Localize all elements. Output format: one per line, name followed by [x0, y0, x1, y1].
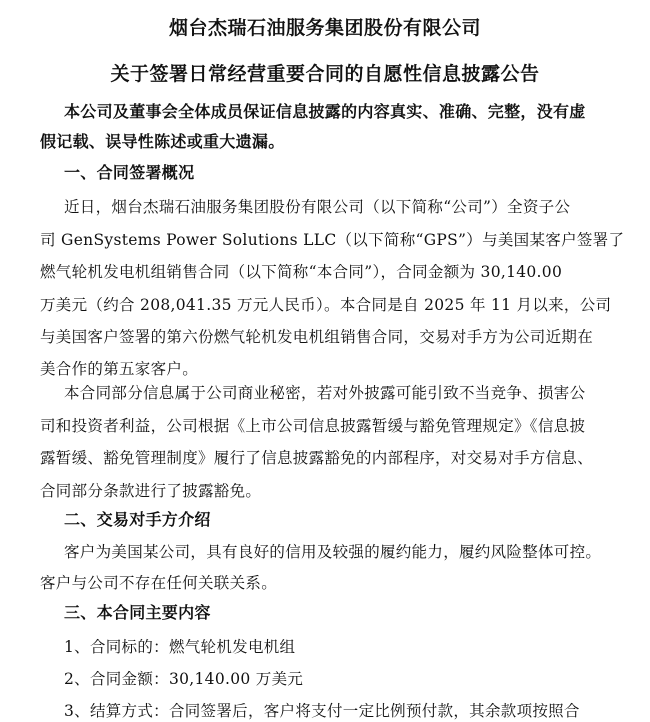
section-1-para-1-line: 万美元（约合 208,041.35 万元人民币）。本合同是自 2025 年 11…: [40, 295, 612, 315]
section-1-heading: 一、合同签署概况: [64, 163, 636, 183]
section-1-para-1-line: 近日，烟台杰瑞石油服务集团股份有限公司（以下简称“公司”）全资子公: [64, 197, 636, 217]
statement-line-2: 假记载、误导性陈述或重大遗漏。: [40, 132, 612, 152]
section-3-item: 1、合同标的：燃气轮机发电机组: [64, 637, 636, 657]
announcement-title: 关于签署日常经营重要合同的自愿性信息披露公告: [0, 59, 650, 86]
company-title: 烟台杰瑞石油服务集团股份有限公司: [0, 13, 650, 40]
section-2-para-line: 客户为美国某公司，具有良好的信用及较强的履约能力，履约风险整体可控。: [64, 542, 636, 562]
section-3-item: 2、合同金额：30,140.00 万美元: [64, 669, 636, 689]
statement-line-1: 本公司及董事会全体成员保证信息披露的内容真实、准确、完整，没有虚: [64, 102, 636, 122]
section-1-para-1-line: 燃气轮机发电机组销售合同（以下简称“本合同”），合同金额为 30,140.00: [40, 262, 612, 282]
section-1-para-1-line: 美合作的第五家客户。: [40, 359, 612, 379]
section-1-para-1-line: 与美国客户签署的第六份燃气轮机发电机组销售合同，交易对手方为公司近期在: [40, 327, 612, 347]
section-2-para-line: 客户与公司不存在任何关联关系。: [40, 573, 612, 593]
section-3-item: 3、结算方式：合同签署后，客户将支付一定比例预付款，其余款项按照合: [64, 701, 636, 721]
section-1-para-1-line: 司 GenSystems Power Solutions LLC（以下简称“GP…: [40, 230, 612, 250]
section-1-para-2-line: 露暂缓、豁免管理制度》履行了信息披露豁免的内部程序，对交易对手方信息、: [40, 448, 612, 468]
section-1-para-2-line: 本合同部分信息属于公司商业秘密，若对外披露可能引致不当竞争、损害公: [64, 383, 636, 403]
section-3-heading: 三、本合同主要内容: [64, 603, 636, 623]
section-1-para-2-line: 司和投资者利益，公司根据《上市公司信息披露暂缓与豁免管理规定》《信息披: [40, 416, 612, 436]
section-1-para-2-line: 合同部分条款进行了披露豁免。: [40, 481, 612, 501]
section-2-heading: 二、交易对手方介绍: [64, 510, 636, 530]
